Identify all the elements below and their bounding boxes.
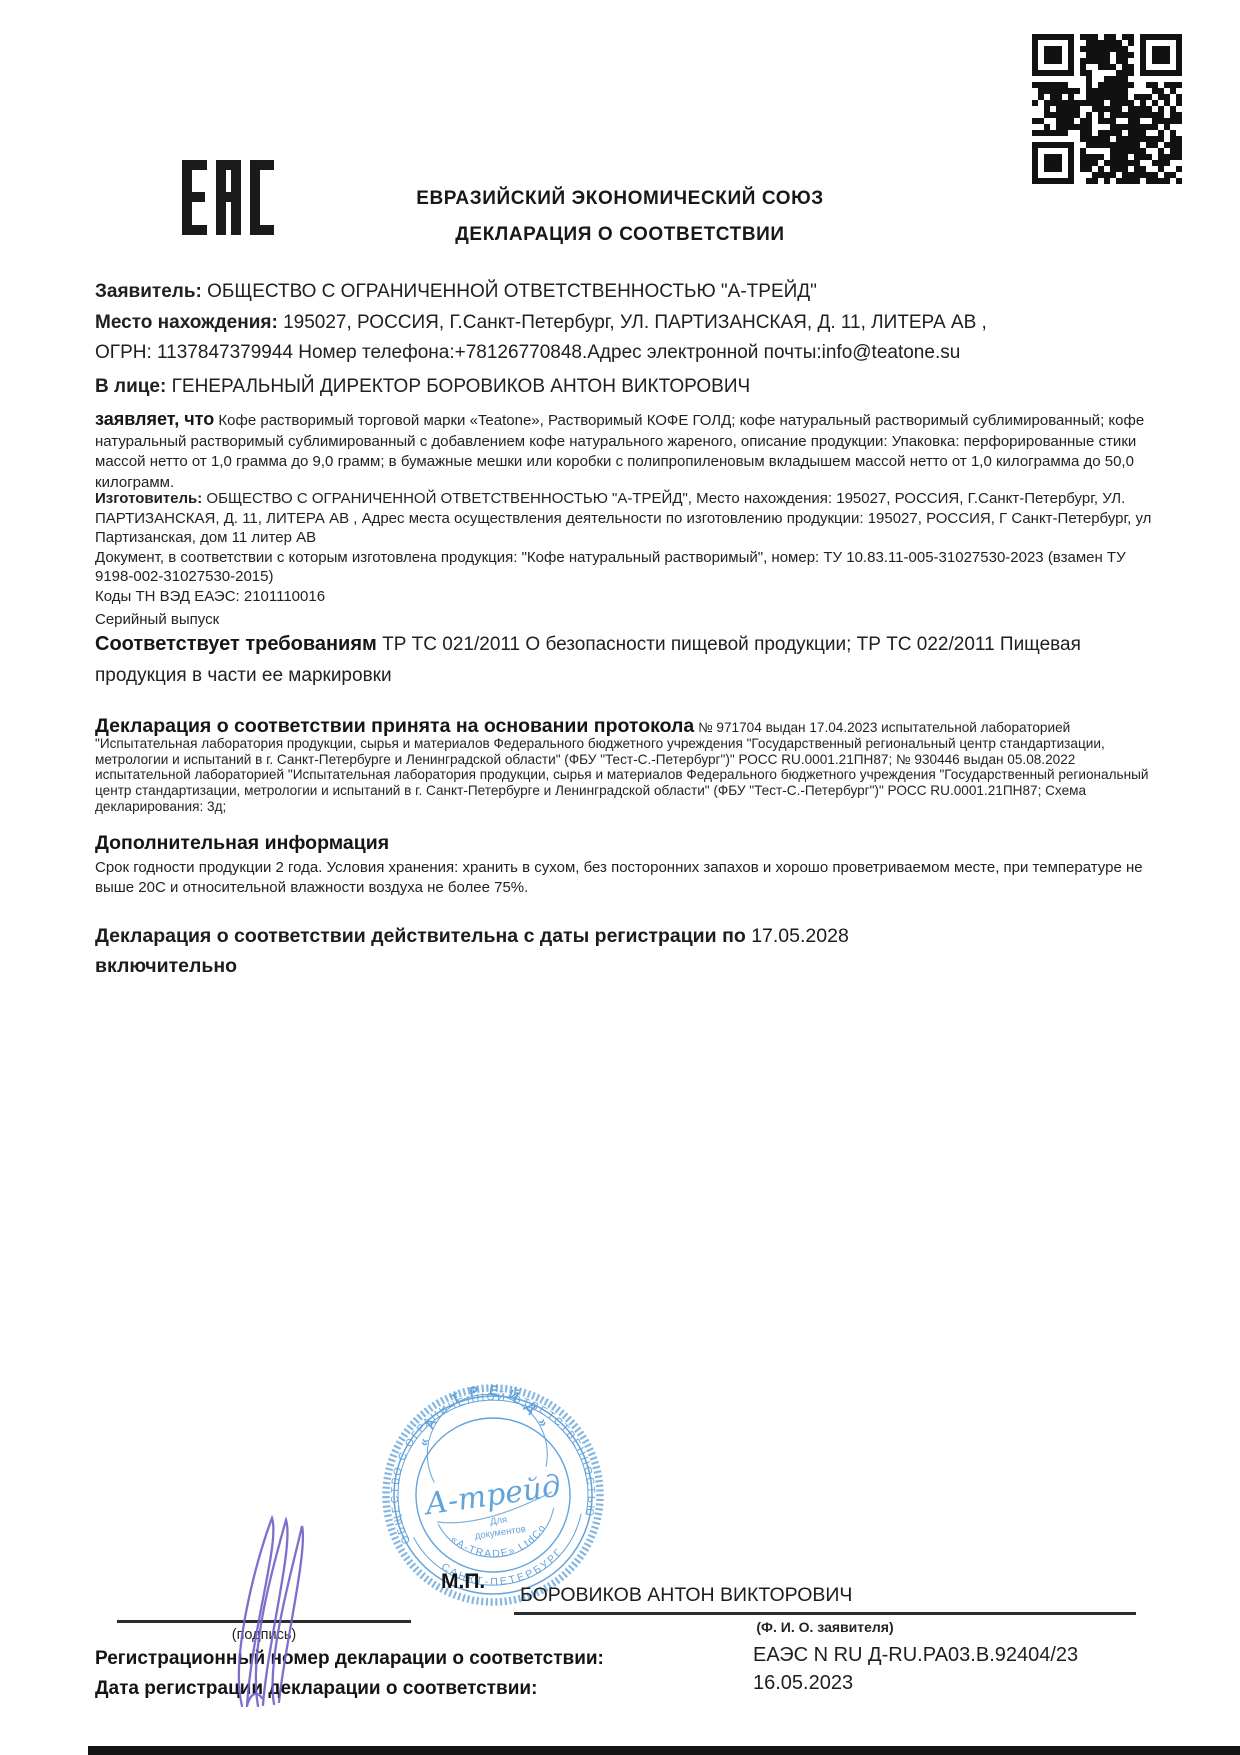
manufacturer-label: Изготовитель:	[95, 490, 202, 507]
declares-label: заявляет, что	[95, 409, 214, 429]
manufacturer-block: Изготовитель: ОБЩЕСТВО С ОГРАНИЧЕННОЙ ОТ…	[95, 489, 1168, 629]
address-label: Место нахождения:	[95, 312, 278, 333]
protocol-paragraph: Декларация о соответствии принята на осн…	[95, 719, 1170, 815]
applicant-label: Заявитель:	[95, 281, 202, 302]
stamp-center-line1: Для	[489, 1514, 507, 1527]
compliance-label: Соответствует требованиям	[95, 633, 377, 655]
fio-line	[514, 1612, 1136, 1615]
stamp-script-text: А-трейд	[421, 1469, 563, 1523]
document-title: ДЕКЛАРАЦИЯ О СООТВЕТСТВИИ	[210, 224, 1030, 246]
qr-code-icon	[1032, 33, 1182, 185]
compliance-paragraph: Соответствует требованиям ТР ТС 021/2011…	[95, 629, 1170, 691]
union-title: ЕВРАЗИЙСКИЙ ЭКОНОМИЧЕСКИЙ СОЮЗ	[210, 188, 1030, 210]
validity-paragraph: Декларация о соответствии действительна …	[95, 921, 1170, 981]
declares-text: Кофе растворимый торговой марки «Teatone…	[95, 412, 1144, 491]
additional-info-text: Срок годности продукции 2 года. Условия …	[95, 858, 1168, 898]
manufacturer-text: ОБЩЕСТВО С ОГРАНИЧЕННОЙ ОТВЕТСТВЕННОСТЬЮ…	[95, 490, 1151, 546]
serial-line: Серийный выпуск	[95, 610, 1168, 630]
registration-number-value: ЕАЭС N RU Д-RU.РА03.В.92404/23	[753, 1644, 1078, 1667]
declaration-document: ЕВРАЗИЙСКИЙ ЭКОНОМИЧЕСКИЙ СОЮЗ ДЕКЛАРАЦИ…	[0, 0, 1240, 1755]
person-row: В лице: ГЕНЕРАЛЬНЫЙ ДИРЕКТОР БОРОВИКОВ А…	[95, 376, 1167, 398]
protocol-label: Декларация о соответствии принята на осн…	[95, 715, 694, 737]
manufacturer-paragraph: Изготовитель: ОБЩЕСТВО С ОГРАНИЧЕННОЙ ОТ…	[95, 489, 1168, 548]
applicant-value: ОБЩЕСТВО С ОГРАНИЧЕННОЙ ОТВЕТСТВЕННОСТЬЮ…	[202, 281, 817, 302]
tnved-line: Коды ТН ВЭД ЕАЭС: 2101110016	[95, 587, 1168, 607]
svg-text:« А - Т Р Е Й Д »: « А - Т Р Е Й Д »	[409, 1380, 554, 1449]
applicant-row: Заявитель: ОБЩЕСТВО С ОГРАНИЧЕННОЙ ОТВЕТ…	[95, 281, 1167, 303]
mp-label: М.П.	[441, 1570, 485, 1594]
ogrn-row: ОГРН: 1137847379944 Номер телефона:+7812…	[95, 342, 1167, 364]
stamp-inner-top-text: « А - Т Р Е Й Д »	[409, 1380, 554, 1449]
registration-date-value: 16.05.2023	[753, 1672, 853, 1695]
product-document-line: Документ, в соответствии с которым изгот…	[95, 548, 1168, 587]
stamp-center-line2: документов	[474, 1524, 526, 1542]
validity-suffix: включительно	[95, 951, 1170, 981]
applicant-address-row: Место нахождения: 195027, РОССИЯ, Г.Санк…	[95, 312, 1167, 334]
scan-edge-bar	[88, 1746, 1240, 1755]
person-value: ГЕНЕРАЛЬНЫЙ ДИРЕКТОР БОРОВИКОВ АНТОН ВИК…	[166, 376, 750, 397]
person-label: В лице:	[95, 376, 166, 397]
handwritten-signature	[226, 1508, 346, 1708]
fio-caption: (Ф. И. О. заявителя)	[514, 1619, 1136, 1635]
registration-number-label: Регистрационный номер декларации о соотв…	[95, 1648, 604, 1670]
validity-date: 17.05.2028	[751, 925, 849, 947]
declaration-paragraph: заявляет, что Кофе растворимый торговой …	[95, 409, 1168, 493]
address-value: 195027, РОССИЯ, Г.Санкт-Петербург, УЛ. П…	[278, 312, 987, 333]
applicant-fio: БОРОВИКОВ АНТОН ВИКТОРОВИЧ	[520, 1584, 852, 1607]
validity-label: Декларация о соответствии действительна …	[95, 925, 751, 947]
additional-info-title: Дополнительная информация	[95, 832, 389, 855]
company-stamp: ОБЩЕСТВО С ОГРАНИЧЕННОЙ ОТВЕТСТВЕННОСТЬЮ…	[378, 1380, 608, 1610]
